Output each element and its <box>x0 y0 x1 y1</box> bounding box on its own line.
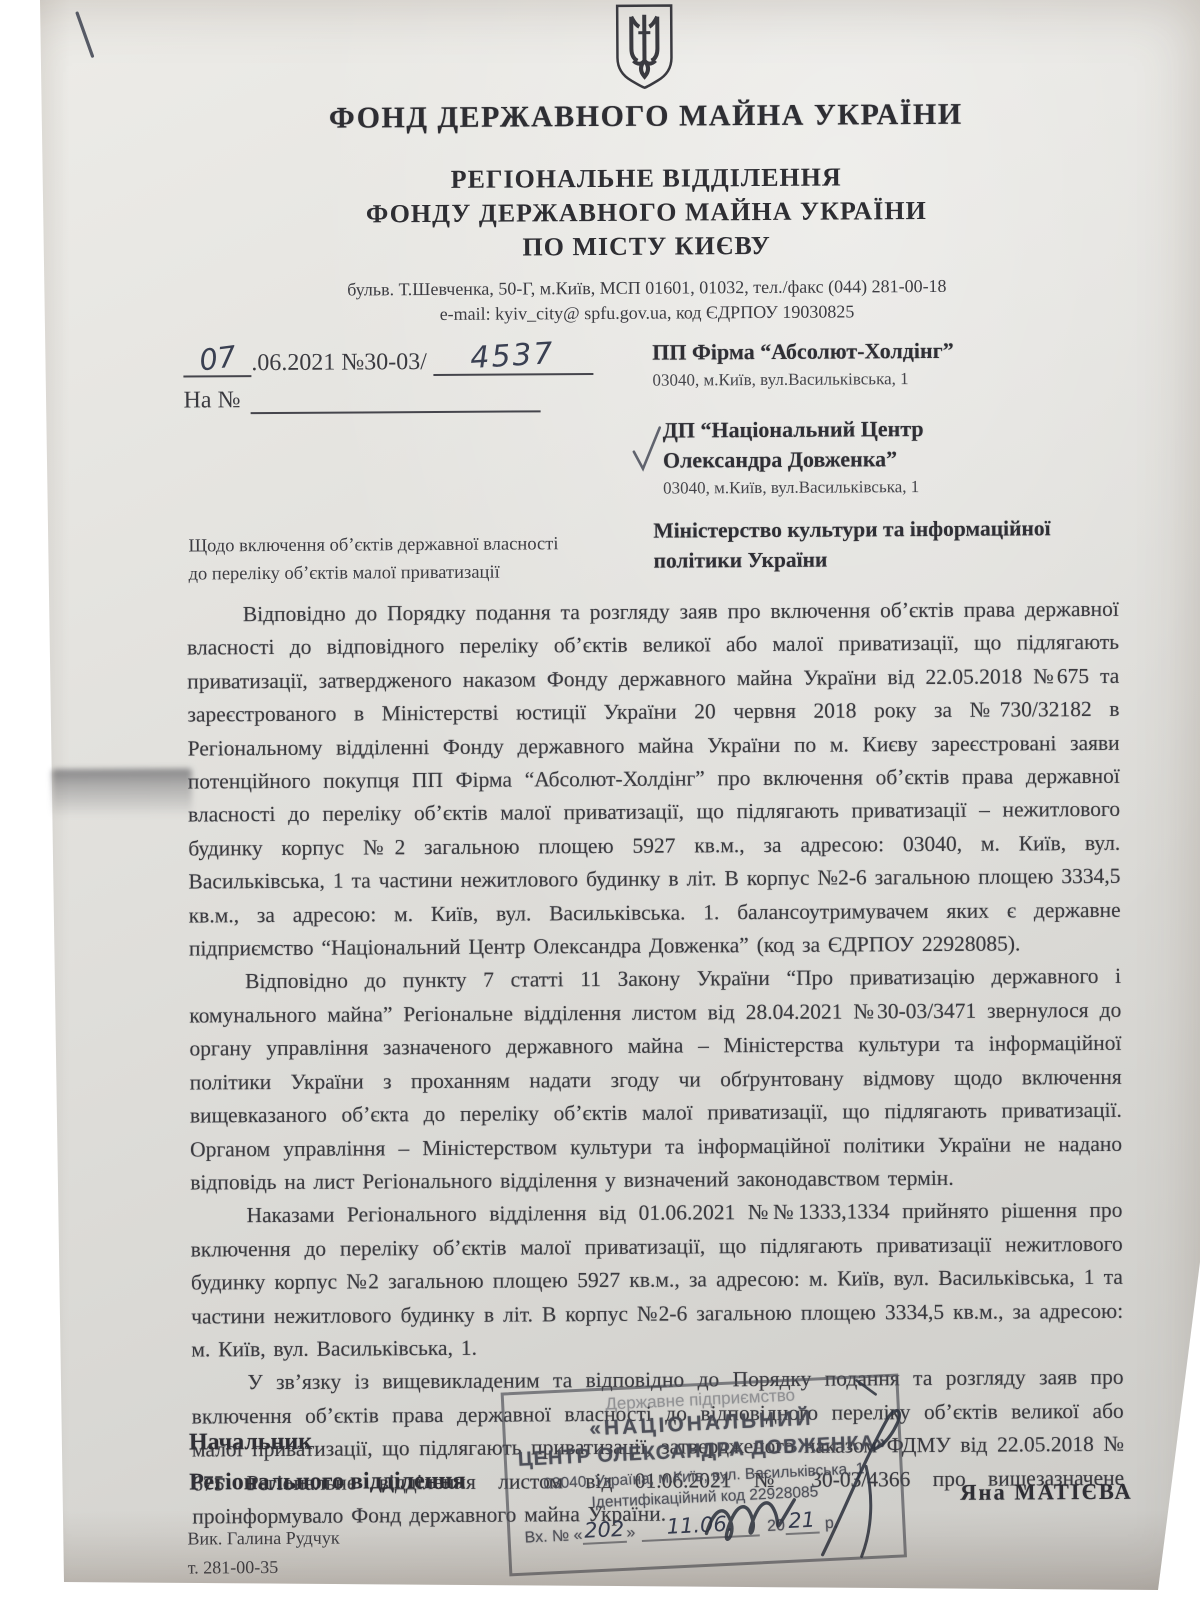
recipient-name-line2: політики України <box>653 543 1050 575</box>
recipient-dovzhenko-centre: ДП “Національний Центр Олександра Довжен… <box>663 414 924 499</box>
paragraph-2: Відповідно до пункту 7 статті 11 Закону … <box>189 960 1122 1200</box>
handwritten-incoming-year: 21 <box>788 1508 816 1533</box>
scan-smudge-artifact <box>52 768 192 817</box>
recipient-address: 03040, м.Київ, вул.Васильківська, 1 <box>663 477 924 499</box>
subject-line-1: Щодо включення об’єктів державної власно… <box>188 530 558 560</box>
recipient-name-line1: ДП “Національний Центр <box>663 414 924 446</box>
recipient-name: ПП Фірма “Абсолют-Холдінг” <box>652 336 954 368</box>
paragraph-1: Відповідно до Порядку подання та розгляд… <box>187 593 1121 966</box>
pen-stroke-top-left <box>77 13 92 56</box>
reply-to-label: На № <box>183 387 240 414</box>
dept-line-3: ПО МІСТУ КИЄВУ <box>97 226 1197 267</box>
handwritten-day: 07 <box>197 339 238 377</box>
stamp-incoming-row: Вх. № «202» 11.06. 2021 р. <box>524 1507 839 1548</box>
org-address: бульв. Т.Шевченка, 50-Г, м.Київ, МСП 016… <box>97 274 1197 302</box>
signer-name: Яна МАТІЄВА <box>960 1479 1133 1506</box>
ukraine-trident-emblem <box>609 3 680 96</box>
stamp-in-label: Вх. № <box>524 1528 569 1548</box>
signer-position: Начальник Регіонального відділення <box>189 1421 466 1503</box>
handwritten-incoming-date: 11.06. <box>666 1512 734 1539</box>
subject-block: Щодо включення об’єктів державної власно… <box>188 530 558 588</box>
subject-line-2: до переліку об’єктів малої приватизації <box>189 558 559 588</box>
signer-position-line1: Начальник <box>189 1421 465 1463</box>
letter-content: ФОНД ДЕРЖАВНОГО МАЙНА УКРАЇНИ РЕГІОНАЛЬН… <box>0 0 1200 1600</box>
recipient-ministry: Міністерство культури та інформаційної п… <box>653 513 1051 575</box>
outgoing-number-printed: .06.2021 №30-03/ <box>251 349 427 377</box>
stamp-year-prefix: 20 <box>767 1517 786 1536</box>
recipient-checkmark-icon <box>634 428 660 469</box>
handwritten-number: 4537 <box>470 336 556 376</box>
signer-position-line2: Регіонального відділення <box>189 1461 465 1503</box>
recipient-name-line2: Олександра Довженка” <box>663 444 924 476</box>
reference-block: 07 .06.2021 №30-03/ 4537 На № <box>183 338 593 415</box>
stamp-year-suffix: р. <box>824 1515 838 1534</box>
org-email-line: e-mail: kyiv_city@ spfu.gov.ua, код ЄДРП… <box>97 299 1197 327</box>
recipient-absolut-holding: ПП Фірма “Абсолют-Холдінг” 03040, м.Київ… <box>652 336 954 391</box>
executor-phone: т. 281-00-35 <box>188 1553 340 1583</box>
handwritten-incoming-number: 202 <box>584 1517 625 1543</box>
reply-number-blank <box>250 383 540 414</box>
executor-block: Вик. Галина Рудчук т. 281-00-35 <box>187 1524 339 1583</box>
outgoing-number-blank: 4537 <box>433 338 593 376</box>
incoming-registration-stamp: Державне підприємство «НАЦІОНАЛЬНИЙ ЦЕНТ… <box>501 1374 907 1577</box>
stamp-close-quote: » <box>626 1524 636 1542</box>
recipient-name-line1: Міністерство культури та інформаційної <box>653 513 1050 545</box>
date-day-blank: 07 <box>183 341 251 377</box>
letterhead: ФОНД ДЕРЖАВНОГО МАЙНА УКРАЇНИ РЕГІОНАЛЬН… <box>96 96 1197 327</box>
paragraph-3: Наказами Регіонального відділення від 01… <box>190 1194 1123 1367</box>
recipients-block: ПП Фірма “Абсолют-Холдінг” 03040, м.Київ… <box>652 335 1122 338</box>
executor-name: Вик. Галина Рудчук <box>187 1524 339 1554</box>
recipient-address: 03040, м.Київ, вул.Васильківська, 1 <box>652 369 954 391</box>
org-title: ФОНД ДЕРЖАВНОГО МАЙНА УКРАЇНИ <box>96 96 1196 137</box>
